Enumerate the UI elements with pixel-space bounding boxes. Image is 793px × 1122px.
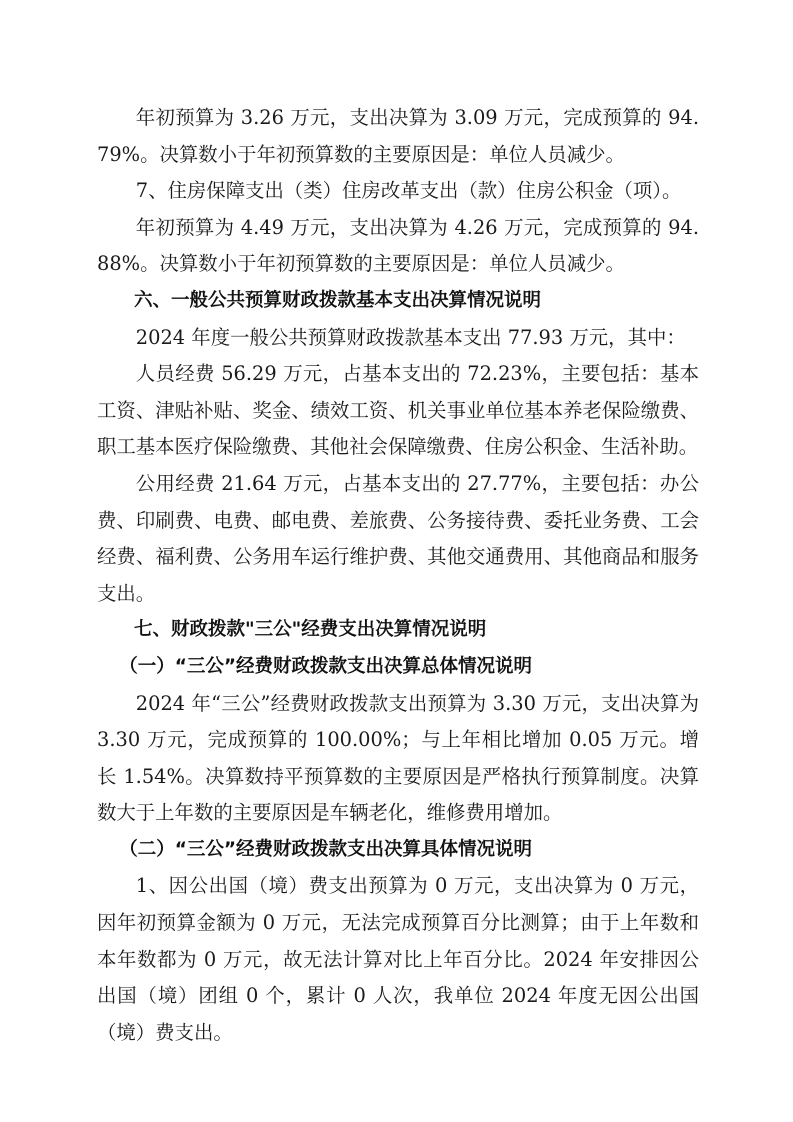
paragraph-three-public-overall: 2024 年“三公”经费财政拨款支出预算为 3.30 万元，支出决算为 3.30… <box>97 686 699 832</box>
subsection-heading-7-2: （二）“三公”经费财政拨款支出决算具体情况说明 <box>97 832 699 869</box>
paragraph-basic-expense-total: 2024 年度一般公共预算财政拨款基本支出 77.93 万元，其中： <box>97 320 699 357</box>
paragraph-item7-budget: 年初预算为 4.49 万元，支出决算为 4.26 万元，完成预算的 94.88%… <box>97 210 699 283</box>
paragraph-personnel-expense: 人员经费 56.29 万元，占基本支出的 72.23%，主要包括：基本工资、津贴… <box>97 356 699 466</box>
paragraph-public-expense: 公用经费 21.64 万元，占基本支出的 27.77%，主要包括：办公费、印刷费… <box>97 466 699 612</box>
paragraph-overseas-travel: 1、因公出国（境）费支出预算为 0 万元，支出决算为 0 万元，因年初预算金额为… <box>97 868 699 1051</box>
document-page: 年初预算为 3.26 万元，支出决算为 3.09 万元，完成预算的 94.79%… <box>97 100 699 1051</box>
section-heading-6: 六、一般公共预算财政拨款基本支出决算情况说明 <box>97 283 699 320</box>
subsection-heading-7-1: （一）“三公”经费财政拨款支出决算总体情况说明 <box>97 649 699 686</box>
paragraph-item7-title: 7、住房保障支出（类）住房改革支出（款）住房公积金（项）。 <box>97 173 699 210</box>
section-heading-7: 七、财政拨款"三公"经费支出决算情况说明 <box>97 612 699 649</box>
paragraph-item6-budget: 年初预算为 3.26 万元，支出决算为 3.09 万元，完成预算的 94.79%… <box>97 100 699 173</box>
